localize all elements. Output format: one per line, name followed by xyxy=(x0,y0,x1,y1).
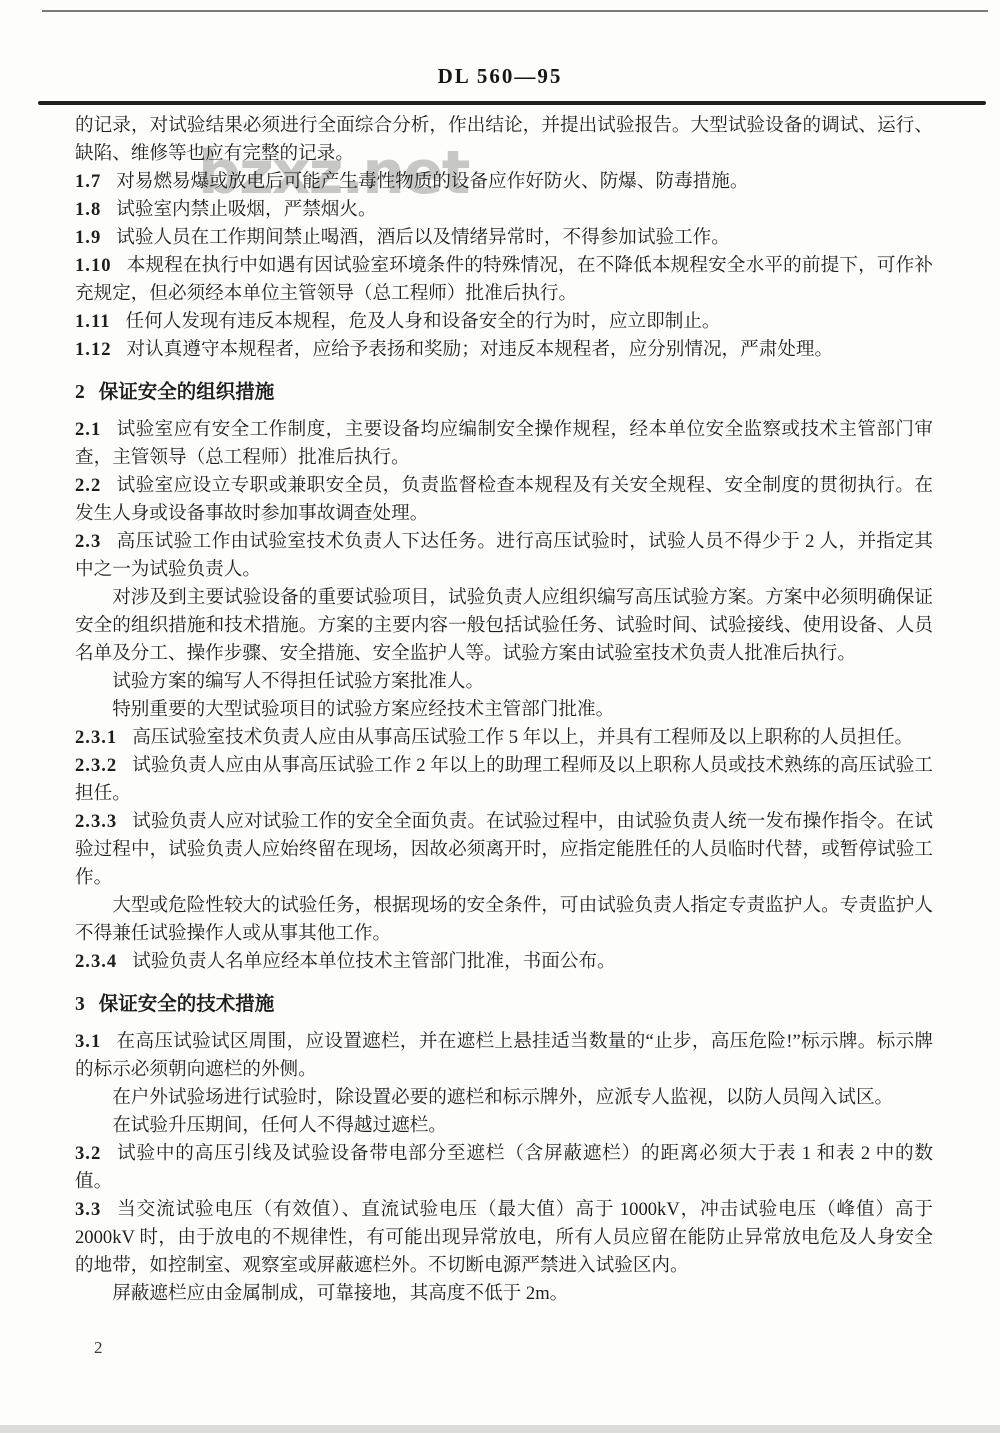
clause-3-1: 3.1在高压试验试区周围，应设置遮栏，并在遮栏上悬挂适当数量的“止步，高压危险!… xyxy=(75,1028,933,1084)
clause-3-3: 3.3当交流试验电压（有效值）、直流试验电压（最大值）高于 1000kV，冲击试… xyxy=(75,1196,933,1280)
clause-text: 对认真遵守本规程者，应给予表扬和奖励；对违反本规程者，应分别情况，严肃处理。 xyxy=(127,339,834,360)
paragraph: 特别重要的大型试验项目的试验方案应经技术主管部门批准。 xyxy=(75,696,933,724)
clause-2-3-2: 2.3.2试验负责人应由从事高压试验工作 2 年以上的助理工程师及以上职称人员或… xyxy=(75,752,933,808)
clause-number: 2.3 xyxy=(75,531,101,552)
clause-number: 2.3.4 xyxy=(75,951,117,972)
clause-text: 对易燃易爆或放电后可能产生毒性物质的设备应作好防火、防爆、防毒措施。 xyxy=(116,171,748,192)
paragraph: 在户外试验场进行试验时，除设置必要的遮栏和标示牌外，应派专人监视，以防人员闯入试… xyxy=(75,1084,933,1112)
clause-number: 3.2 xyxy=(75,1143,101,1164)
page-number: 2 xyxy=(94,1338,103,1358)
clause-text: 试验室应有安全工作制度，主要设备均应编制安全操作规程，经本单位安全监察或技术主管… xyxy=(75,419,933,468)
clause-3-2: 3.2试验中的高压引线及试验设备带电部分至遮栏（含屏蔽遮栏）的距离必须大于表 1… xyxy=(75,1140,933,1196)
section-3-heading: 3保证安全的技术措施 xyxy=(75,991,933,1019)
clause-text: 试验室应设立专职或兼职安全员，负责监督检查本规程及有关安全规程、安全制度的贯彻执… xyxy=(75,475,933,524)
clause-1-8: 1.8试验室内禁止吸烟，严禁烟火。 xyxy=(75,196,933,224)
clause-text: 试验人员在工作期间禁止喝酒，酒后以及情绪异常时，不得参加试验工作。 xyxy=(116,227,730,248)
clause-2-3-3: 2.3.3试验负责人应对试验工作的安全全面负责。在试验过程中，由试验负责人统一发… xyxy=(75,808,933,892)
clause-text: 试验负责人应对试验工作的安全全面负责。在试验过程中，由试验负责人统一发布操作指令… xyxy=(75,811,933,888)
clause-number: 1.11 xyxy=(75,311,111,332)
clause-1-10: 1.10本规程在执行中如遇有因试验室环境条件的特殊情况，在不降低本规程安全水平的… xyxy=(75,252,933,308)
clause-text: 当交流试验电压（有效值）、直流试验电压（最大值）高于 1000kV，冲击试验电压… xyxy=(75,1199,933,1276)
paragraph: 屏蔽遮栏应由金属制成，可靠接地，其高度不低于 2m。 xyxy=(75,1280,933,1308)
paragraph-text: 特别重要的大型试验项目的试验方案应经技术主管部门批准。 xyxy=(112,699,614,720)
clause-text: 本规程在执行中如遇有因试验室环境条件的特殊情况，在不降低本规程安全水平的前提下，… xyxy=(75,255,933,304)
scan-edge-line xyxy=(42,10,988,12)
clause-number: 1.12 xyxy=(75,339,112,360)
paragraph: 试验方案的编写人不得担任试验方案批准人。 xyxy=(75,668,933,696)
clause-text: 在高压试验试区周围，应设置遮栏，并在遮栏上悬挂适当数量的“止步，高压危险!”标示… xyxy=(75,1031,933,1080)
document-header-title: DL 560—95 xyxy=(0,64,1000,89)
clause-text: 试验负责人名单应经本单位技术主管部门批准，书面公布。 xyxy=(132,951,615,972)
clause-2-2: 2.2试验室应设立专职或兼职安全员，负责监督检查本规程及有关安全规程、安全制度的… xyxy=(75,472,933,528)
clause-text: 高压试验工作由试验室技术负责人下达任务。进行高压试验时，试验人员不得少于 2 人… xyxy=(75,531,933,580)
clause-number: 1.8 xyxy=(75,199,101,220)
section-title: 保证安全的技术措施 xyxy=(99,994,275,1015)
clause-2-1: 2.1试验室应有安全工作制度，主要设备均应编制安全操作规程，经本单位安全监察或技… xyxy=(75,416,933,472)
header-divider-rule xyxy=(38,101,986,105)
scanned-document-page: DL 560—95 bzxz.net 的记录，对试验结果必须进行全面综合分析，作… xyxy=(0,0,1000,1433)
paragraph-text: 在试验升压期间，任何人不得越过遮栏。 xyxy=(112,1115,447,1136)
clause-1-12: 1.12对认真遵守本规程者，应给予表扬和奖励；对违反本规程者，应分别情况，严肃处… xyxy=(75,336,933,364)
clause-number: 2.3.2 xyxy=(75,755,117,776)
clause-number: 1.7 xyxy=(75,171,101,192)
clause-2-3-4: 2.3.4试验负责人名单应经本单位技术主管部门批准，书面公布。 xyxy=(75,948,933,976)
clause-number: 2.3.1 xyxy=(75,727,117,748)
paragraph-text: 试验方案的编写人不得担任试验方案批准人。 xyxy=(112,671,484,692)
scan-bottom-edge xyxy=(0,1425,1000,1433)
clause-number: 1.10 xyxy=(75,255,112,276)
paragraph-text: 对涉及到主要试验设备的重要试验项目，试验负责人应组织编写高压试验方案。方案中必须… xyxy=(75,587,933,664)
clause-1-11: 1.11任何人发现有违反本规程，危及人身和设备安全的行为时，应立即制止。 xyxy=(75,308,933,336)
paragraph: 在试验升压期间，任何人不得越过遮栏。 xyxy=(75,1112,933,1140)
clause-number: 2.1 xyxy=(75,419,101,440)
clause-text: 高压试验室技术负责人应由从事高压试验工作 5 年以上，并具有工程师及以上职称的人… xyxy=(132,727,913,748)
paragraph-text: 屏蔽遮栏应由金属制成，可靠接地，其高度不低于 2m。 xyxy=(112,1283,568,1304)
clause-2-3: 2.3高压试验工作由试验室技术负责人下达任务。进行高压试验时，试验人员不得少于 … xyxy=(75,528,933,584)
paragraph-text: 大型或危险性较大的试验任务，根据现场的安全条件，可由试验负责人指定专责监护人。专… xyxy=(75,895,933,944)
section-title: 保证安全的组织措施 xyxy=(99,382,275,403)
clause-text: 任何人发现有违反本规程，危及人身和设备安全的行为时，应立即制止。 xyxy=(126,311,721,332)
clause-2-3-1: 2.3.1高压试验室技术负责人应由从事高压试验工作 5 年以上，并具有工程师及以… xyxy=(75,724,933,752)
clause-number: 3.1 xyxy=(75,1031,101,1052)
paragraph-continuation: 的记录，对试验结果必须进行全面综合分析，作出结论，并提出试验报告。大型试验设备的… xyxy=(75,112,933,168)
clause-number: 3.3 xyxy=(75,1199,101,1220)
clause-text: 试验室内禁止吸烟，严禁烟火。 xyxy=(116,199,376,220)
clause-number: 2.3.3 xyxy=(75,811,117,832)
section-number: 2 xyxy=(75,382,85,403)
document-body: 的记录，对试验结果必须进行全面综合分析，作出结论，并提出试验报告。大型试验设备的… xyxy=(75,112,933,1308)
paragraph-text: 的记录，对试验结果必须进行全面综合分析，作出结论，并提出试验报告。大型试验设备的… xyxy=(75,115,933,164)
section-2-heading: 2保证安全的组织措施 xyxy=(75,379,933,407)
paragraph: 对涉及到主要试验设备的重要试验项目，试验负责人应组织编写高压试验方案。方案中必须… xyxy=(75,584,933,668)
clause-number: 1.9 xyxy=(75,227,101,248)
section-number: 3 xyxy=(75,994,85,1015)
paragraph-text: 在户外试验场进行试验时，除设置必要的遮栏和标示牌外，应派专人监视，以防人员闯入试… xyxy=(112,1087,893,1108)
clause-text: 试验负责人应由从事高压试验工作 2 年以上的助理工程师及以上职称人员或技术熟练的… xyxy=(75,755,933,804)
paragraph: 大型或危险性较大的试验任务，根据现场的安全条件，可由试验负责人指定专责监护人。专… xyxy=(75,892,933,948)
clause-text: 试验中的高压引线及试验设备带电部分至遮栏（含屏蔽遮栏）的距离必须大于表 1 和表… xyxy=(75,1143,933,1192)
clause-1-9: 1.9试验人员在工作期间禁止喝酒，酒后以及情绪异常时，不得参加试验工作。 xyxy=(75,224,933,252)
clause-1-7: 1.7对易燃易爆或放电后可能产生毒性物质的设备应作好防火、防爆、防毒措施。 xyxy=(75,168,933,196)
clause-number: 2.2 xyxy=(75,475,101,496)
